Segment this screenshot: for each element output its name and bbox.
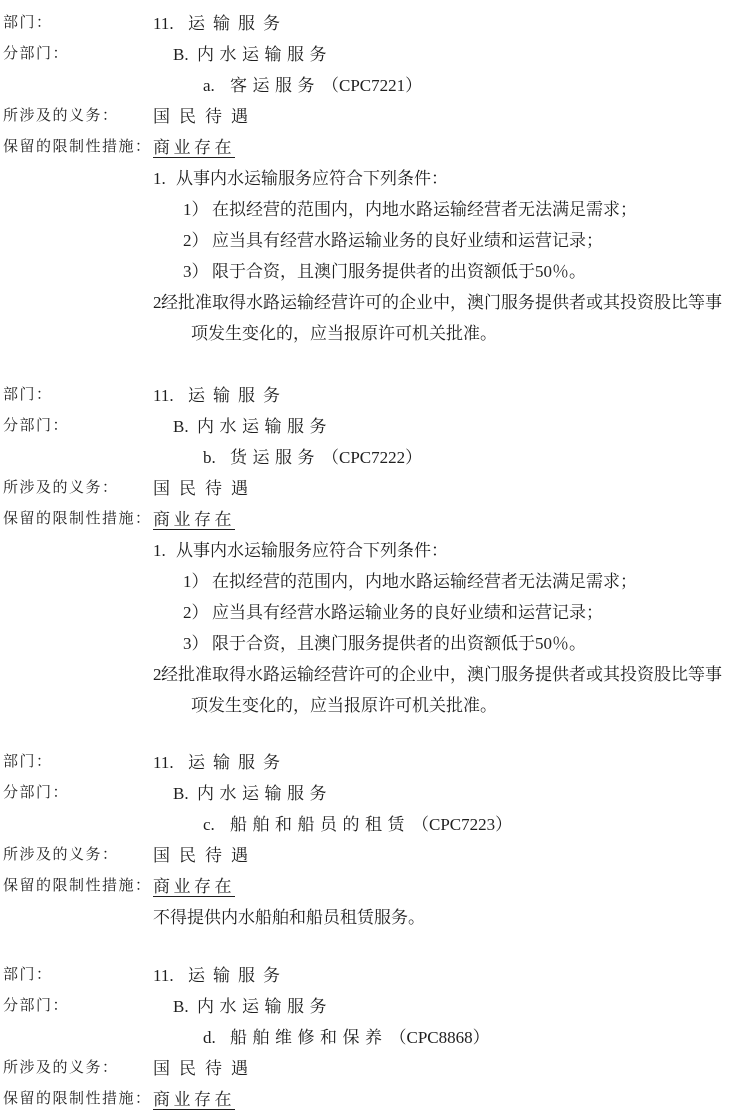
measure-note: 不得提供内水船舶和船员租赁服务。: [0, 902, 744, 933]
subsector-row: 分部门： B.内水运输服务: [0, 411, 744, 442]
measure-item: 2.经批准取得水路运输经营许可的企业中，澳门服务提供者或其投资股比等事 项发生变…: [0, 287, 744, 349]
measure-note-text: 不得提供内水船舶和船员租赁服务。: [153, 902, 425, 933]
obligations-value: 国民待遇: [153, 840, 257, 871]
service-row: c.船舶和船员的租赁（CPC7223）: [0, 809, 744, 840]
subsector-name: 内水运输服务: [197, 45, 332, 64]
obligations-value: 国民待遇: [153, 101, 257, 132]
department-row: 部门： 11.运输服务: [0, 747, 744, 778]
measure-item: 1.从事内水运输服务应符合下列条件：: [0, 163, 744, 194]
subsector-row: 分部门： B.内水运输服务: [0, 991, 744, 1022]
department-name: 运输服务: [188, 966, 288, 985]
measures-label: 保留的限制性措施：: [0, 132, 153, 163]
department-row: 部门： 11.运输服务: [0, 8, 744, 39]
service-letter: d.: [203, 1022, 230, 1053]
measure-item: 2.经批准取得水路运输经营许可的企业中，澳门服务提供者或其投资股比等事 项发生变…: [0, 659, 744, 721]
measures-label: 保留的限制性措施：: [0, 504, 153, 535]
measure-subitem-text: 在拟经营的范围内，内地水路运输经营者无法满足需求；: [212, 194, 637, 225]
service-name: 船舶和船员的租赁: [230, 809, 410, 840]
subsector-name: 内水运输服务: [197, 417, 332, 436]
service-letter: a.: [203, 70, 230, 101]
obligations-label: 所涉及的义务：: [0, 840, 153, 871]
subsector-label: 分部门：: [0, 411, 153, 442]
obligations-label: 所涉及的义务：: [0, 473, 153, 504]
measure-subitem-number: 1）: [183, 194, 212, 225]
measure-subitem: 3）限于合资，且澳门服务提供者的出资额低于50％。: [0, 256, 744, 287]
subsector-row: 分部门： B.内水运输服务: [0, 778, 744, 809]
measure-item-text: 经批准取得水路运输经营许可的企业中，澳门服务提供者或其投资股比等事 项发生变化的…: [191, 287, 722, 349]
department-value: 11.运输服务: [153, 960, 288, 991]
measure-subitem: 2）应当具有经营水路运输业务的良好业绩和运营记录；: [0, 225, 744, 256]
measure-subitem-text: 应当具有经营水路运输业务的良好业绩和运营记录；: [212, 225, 603, 256]
measures-heading-row: 保留的限制性措施： 商业存在: [0, 1084, 744, 1111]
subsector-letter: B.: [173, 991, 197, 1022]
measure-subitem-number: 1）: [183, 566, 212, 597]
service-cpc-code: （CPC8868）: [390, 1022, 490, 1053]
measure-subitem: 2）应当具有经营水路运输业务的良好业绩和运营记录；: [0, 597, 744, 628]
subsector-label: 分部门：: [0, 991, 153, 1022]
subsector-name: 内水运输服务: [197, 784, 332, 803]
service-cpc-code: （CPC7221）: [322, 70, 422, 101]
measure-item-text: 从事内水运输服务应符合下列条件：: [176, 163, 448, 194]
measures-label: 保留的限制性措施：: [0, 1084, 153, 1111]
document-page: 部门： 11.运输服务 分部门： B.内水运输服务 a.客运服务（CPC7221…: [0, 0, 744, 1111]
measure-subitem-text: 在拟经营的范围内，内地水路运输经营者无法满足需求；: [212, 566, 637, 597]
department-name: 运输服务: [188, 753, 288, 772]
measure-subitem-text: 应当具有经营水路运输业务的良好业绩和运营记录；: [212, 597, 603, 628]
service-row: b.货运服务（CPC7222）: [0, 442, 744, 473]
measure-subitem-number: 3）: [183, 256, 212, 287]
measures-heading-row: 保留的限制性措施： 商业存在: [0, 132, 744, 163]
department-name: 运输服务: [188, 14, 288, 33]
measures-mode: 商业存在: [153, 132, 235, 163]
measure-subitem-number: 2）: [183, 597, 212, 628]
subsector-value: B.内水运输服务: [153, 778, 332, 809]
department-value: 11.运输服务: [153, 380, 288, 411]
service-cpc-code: （CPC7223）: [412, 809, 512, 840]
measure-item-text: 经批准取得水路运输经营许可的企业中，澳门服务提供者或其投资股比等事 项发生变化的…: [191, 659, 722, 721]
obligations-row: 所涉及的义务： 国民待遇: [0, 101, 744, 132]
department-number: 11.: [153, 960, 188, 991]
service-name: 货运服务: [230, 442, 320, 473]
schedule-section: 部门： 11.运输服务 分部门： B.内水运输服务 b.货运服务（CPC7222…: [0, 380, 744, 721]
measure-subitem-text: 限于合资，且澳门服务提供者的出资额低于50％。: [212, 256, 586, 287]
department-row: 部门： 11.运输服务: [0, 960, 744, 991]
department-label: 部门：: [0, 960, 153, 991]
measures-mode: 商业存在: [153, 1084, 235, 1111]
department-value: 11.运输服务: [153, 747, 288, 778]
subsector-name: 内水运输服务: [197, 997, 332, 1016]
obligations-label: 所涉及的义务：: [0, 1053, 153, 1084]
department-number: 11.: [153, 380, 188, 411]
obligations-value: 国民待遇: [153, 473, 257, 504]
measure-subitem-number: 3）: [183, 628, 212, 659]
obligations-value: 国民待遇: [153, 1053, 257, 1084]
subsector-value: B.内水运输服务: [153, 39, 332, 70]
measure-subitem: 1）在拟经营的范围内，内地水路运输经营者无法满足需求；: [0, 194, 744, 225]
service-name: 客运服务: [230, 70, 320, 101]
department-label: 部门：: [0, 747, 153, 778]
department-number: 11.: [153, 8, 188, 39]
department-label: 部门：: [0, 8, 153, 39]
subsector-letter: B.: [173, 39, 197, 70]
subsector-row: 分部门： B.内水运输服务: [0, 39, 744, 70]
schedule-section: 部门： 11.运输服务 分部门： B.内水运输服务 d.船舶维修和保养（CPC8…: [0, 960, 744, 1111]
service-row: a.客运服务（CPC7221）: [0, 70, 744, 101]
measures-heading-row: 保留的限制性措施： 商业存在: [0, 871, 744, 902]
measure-item-number: 1.: [153, 163, 176, 194]
department-value: 11.运输服务: [153, 8, 288, 39]
obligations-row: 所涉及的义务： 国民待遇: [0, 1053, 744, 1084]
department-number: 11.: [153, 747, 188, 778]
service-letter: b.: [203, 442, 230, 473]
subsector-letter: B.: [173, 411, 197, 442]
service-name: 船舶维修和保养: [230, 1022, 388, 1053]
measure-subitem: 1）在拟经营的范围内，内地水路运输经营者无法满足需求；: [0, 566, 744, 597]
measure-subitem-number: 2）: [183, 225, 212, 256]
measure-item-number: 1.: [153, 535, 176, 566]
department-label: 部门：: [0, 380, 153, 411]
obligations-row: 所涉及的义务： 国民待遇: [0, 473, 744, 504]
subsector-value: B.内水运输服务: [153, 991, 332, 1022]
service-letter: c.: [203, 809, 230, 840]
subsector-value: B.内水运输服务: [153, 411, 332, 442]
schedule-section: 部门： 11.运输服务 分部门： B.内水运输服务 a.客运服务（CPC7221…: [0, 8, 744, 349]
subsector-label: 分部门：: [0, 39, 153, 70]
measure-item: 1.从事内水运输服务应符合下列条件：: [0, 535, 744, 566]
service-row: d.船舶维修和保养（CPC8868）: [0, 1022, 744, 1053]
measures-mode: 商业存在: [153, 504, 235, 535]
obligations-row: 所涉及的义务： 国民待遇: [0, 840, 744, 871]
service-cpc-code: （CPC7222）: [322, 442, 422, 473]
measures-mode: 商业存在: [153, 871, 235, 902]
measure-subitem: 3）限于合资，且澳门服务提供者的出资额低于50％。: [0, 628, 744, 659]
measure-item-text: 从事内水运输服务应符合下列条件：: [176, 535, 448, 566]
obligations-label: 所涉及的义务：: [0, 101, 153, 132]
department-row: 部门： 11.运输服务: [0, 380, 744, 411]
schedule-section: 部门： 11.运输服务 分部门： B.内水运输服务 c.船舶和船员的租赁（CPC…: [0, 747, 744, 933]
measures-heading-row: 保留的限制性措施： 商业存在: [0, 504, 744, 535]
measure-subitem-text: 限于合资，且澳门服务提供者的出资额低于50％。: [212, 628, 586, 659]
subsector-letter: B.: [173, 778, 197, 809]
subsector-label: 分部门：: [0, 778, 153, 809]
measures-label: 保留的限制性措施：: [0, 871, 153, 902]
department-name: 运输服务: [188, 386, 288, 405]
